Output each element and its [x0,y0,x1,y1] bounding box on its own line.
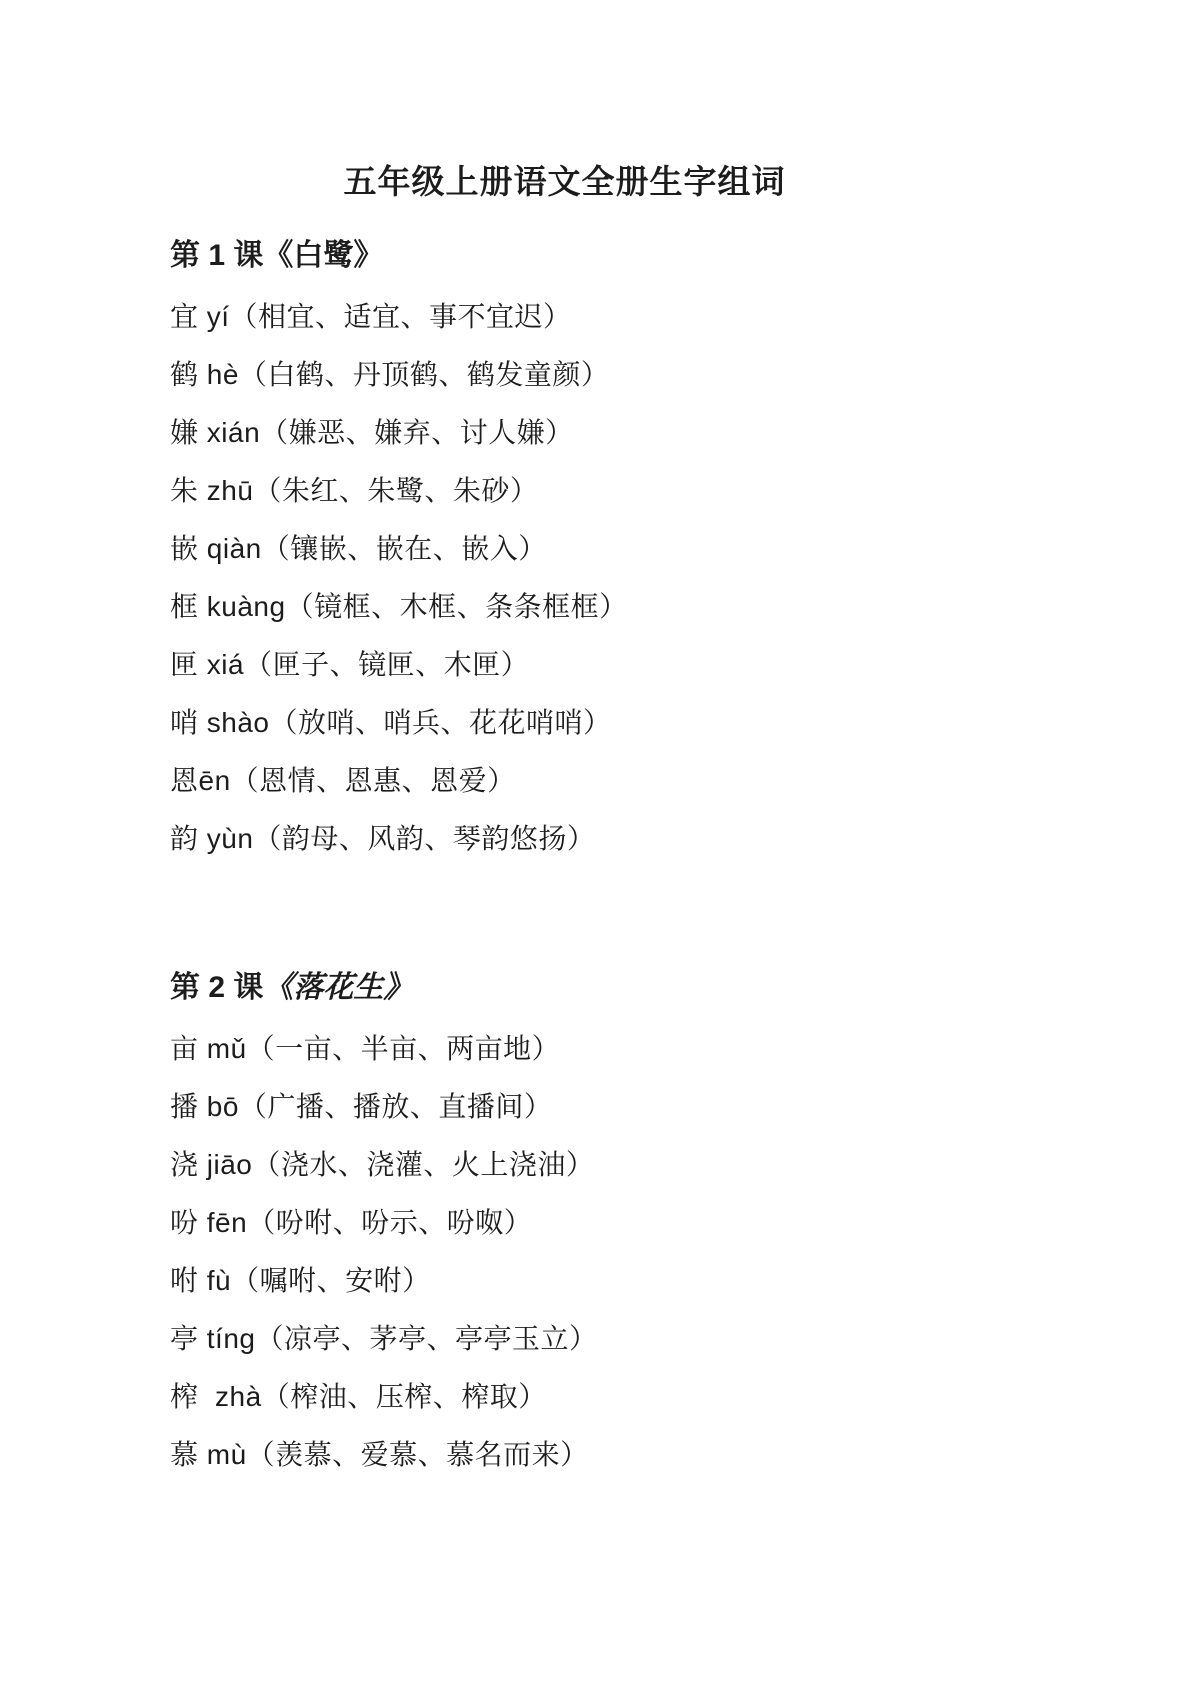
section-heading-prefix: 第 1 课 [170,239,263,272]
section-heading-book-title: 《白鹭》 [263,239,383,272]
vocab-entry: 韵 yùn（韵母、风韵、琴韵悠扬） [170,824,1091,854]
lesson-section: 第 2 课《落花生》 亩 mǔ（一亩、半亩、两亩地）播 bō（广播、播放、直播间… [170,972,1091,1470]
vocab-entry: 宜 yí（相宜、适宜、事不宜迟） [170,302,1091,332]
section-heading-book-title: 《落花生》 [263,971,413,1004]
vocab-entry: 鹤 hè（白鹤、丹顶鹤、鹤发童颜） [170,360,1091,390]
vocab-entry: 嵌 qiàn（镶嵌、嵌在、嵌入） [170,534,1091,564]
vocab-entry: 慕 mù（羡慕、爱慕、慕名而来） [170,1440,1091,1470]
vocab-entry: 恩ēn（恩情、恩惠、恩爱） [170,766,1091,796]
vocab-entry: 亩 mǔ（一亩、半亩、两亩地） [170,1034,1091,1064]
vocab-entry: 朱 zhū（朱红、朱鹭、朱砂） [170,476,1091,506]
vocab-entry: 嫌 xián（嫌恶、嫌弃、讨人嫌） [170,418,1091,448]
section-heading: 第 1 课《白鹭》 [170,240,1091,272]
vocab-entry: 亭 tíng（凉亭、茅亭、亭亭玉立） [170,1324,1091,1354]
vocab-entry: 浇 jiāo（浇水、浇灌、火上浇油） [170,1150,1091,1180]
section-heading: 第 2 课《落花生》 [170,972,1091,1004]
section-heading-prefix: 第 2 课 [170,971,263,1004]
entry-list: 亩 mǔ（一亩、半亩、两亩地）播 bō（广播、播放、直播间）浇 jiāo（浇水、… [170,1034,1091,1470]
vocab-entry: 哨 shào（放哨、哨兵、花花哨哨） [170,708,1091,738]
entry-list: 宜 yí（相宜、适宜、事不宜迟）鹤 hè（白鹤、丹顶鹤、鹤发童颜）嫌 xián（… [170,302,1091,854]
document-page: 五年级上册语文全册生字组词 第 1 课《白鹭》 宜 yí（相宜、适宜、事不宜迟）… [0,0,1191,1684]
sections: 第 1 课《白鹭》 宜 yí（相宜、适宜、事不宜迟）鹤 hè（白鹤、丹顶鹤、鹤发… [0,240,1191,1470]
vocab-entry: 榨 zhà（榨油、压榨、榨取） [170,1382,1091,1412]
lesson-section: 第 1 课《白鹭》 宜 yí（相宜、适宜、事不宜迟）鹤 hè（白鹤、丹顶鹤、鹤发… [170,240,1091,854]
vocab-entry: 匣 xiá（匣子、镜匣、木匣） [170,650,1091,680]
vocab-entry: 播 bō（广播、播放、直播间） [170,1092,1091,1122]
document-title: 五年级上册语文全册生字组词 [0,22,1191,202]
vocab-entry: 吩 fēn（吩咐、吩示、吩呶） [170,1208,1091,1238]
vocab-entry: 框 kuàng（镜框、木框、条条框框） [170,592,1091,622]
vocab-entry: 咐 fù（嘱咐、安咐） [170,1266,1091,1296]
